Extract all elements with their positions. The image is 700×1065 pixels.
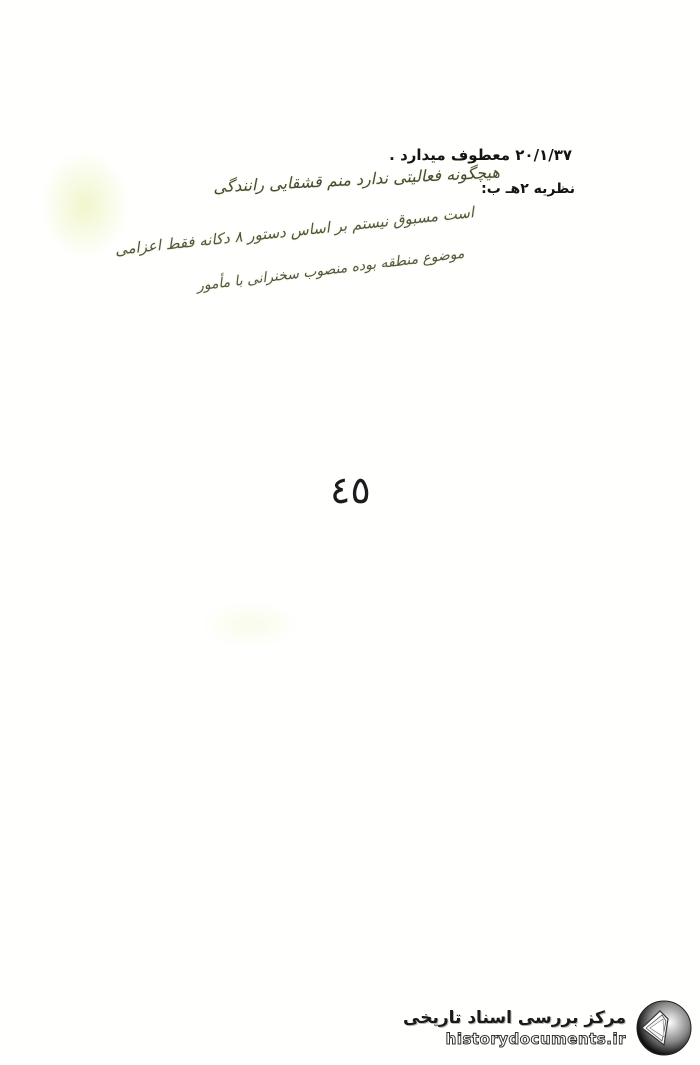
- paper-stain: [200, 600, 300, 650]
- watermark: مرکز بررسی اسناد تاریخی historydocuments…: [403, 999, 692, 1057]
- handwritten-line-1: هیچگونه فعالیتی ندارد منم قشقایی رانندگی: [213, 163, 501, 197]
- document-crescent-logo-icon: [634, 999, 692, 1057]
- watermark-title: مرکز بررسی اسناد تاریخی: [403, 1007, 626, 1029]
- handwritten-line-3: موضوع منطقه بوده منصوب سخنرانی با مأمور: [196, 246, 465, 295]
- document-page: ۲۰/۱/۳۷ معطوف میدارد . نظریه ۲هـ ب: هیچگ…: [0, 0, 700, 1065]
- typed-label: نظریه ۲هـ ب:: [481, 181, 575, 197]
- typed-date-line: ۲۰/۱/۳۷ معطوف میدارد .: [389, 146, 572, 164]
- watermark-text: مرکز بررسی اسناد تاریخی historydocuments…: [403, 1007, 626, 1049]
- page-number: ٤٥: [330, 468, 371, 512]
- watermark-url: historydocuments.ir: [446, 1029, 626, 1049]
